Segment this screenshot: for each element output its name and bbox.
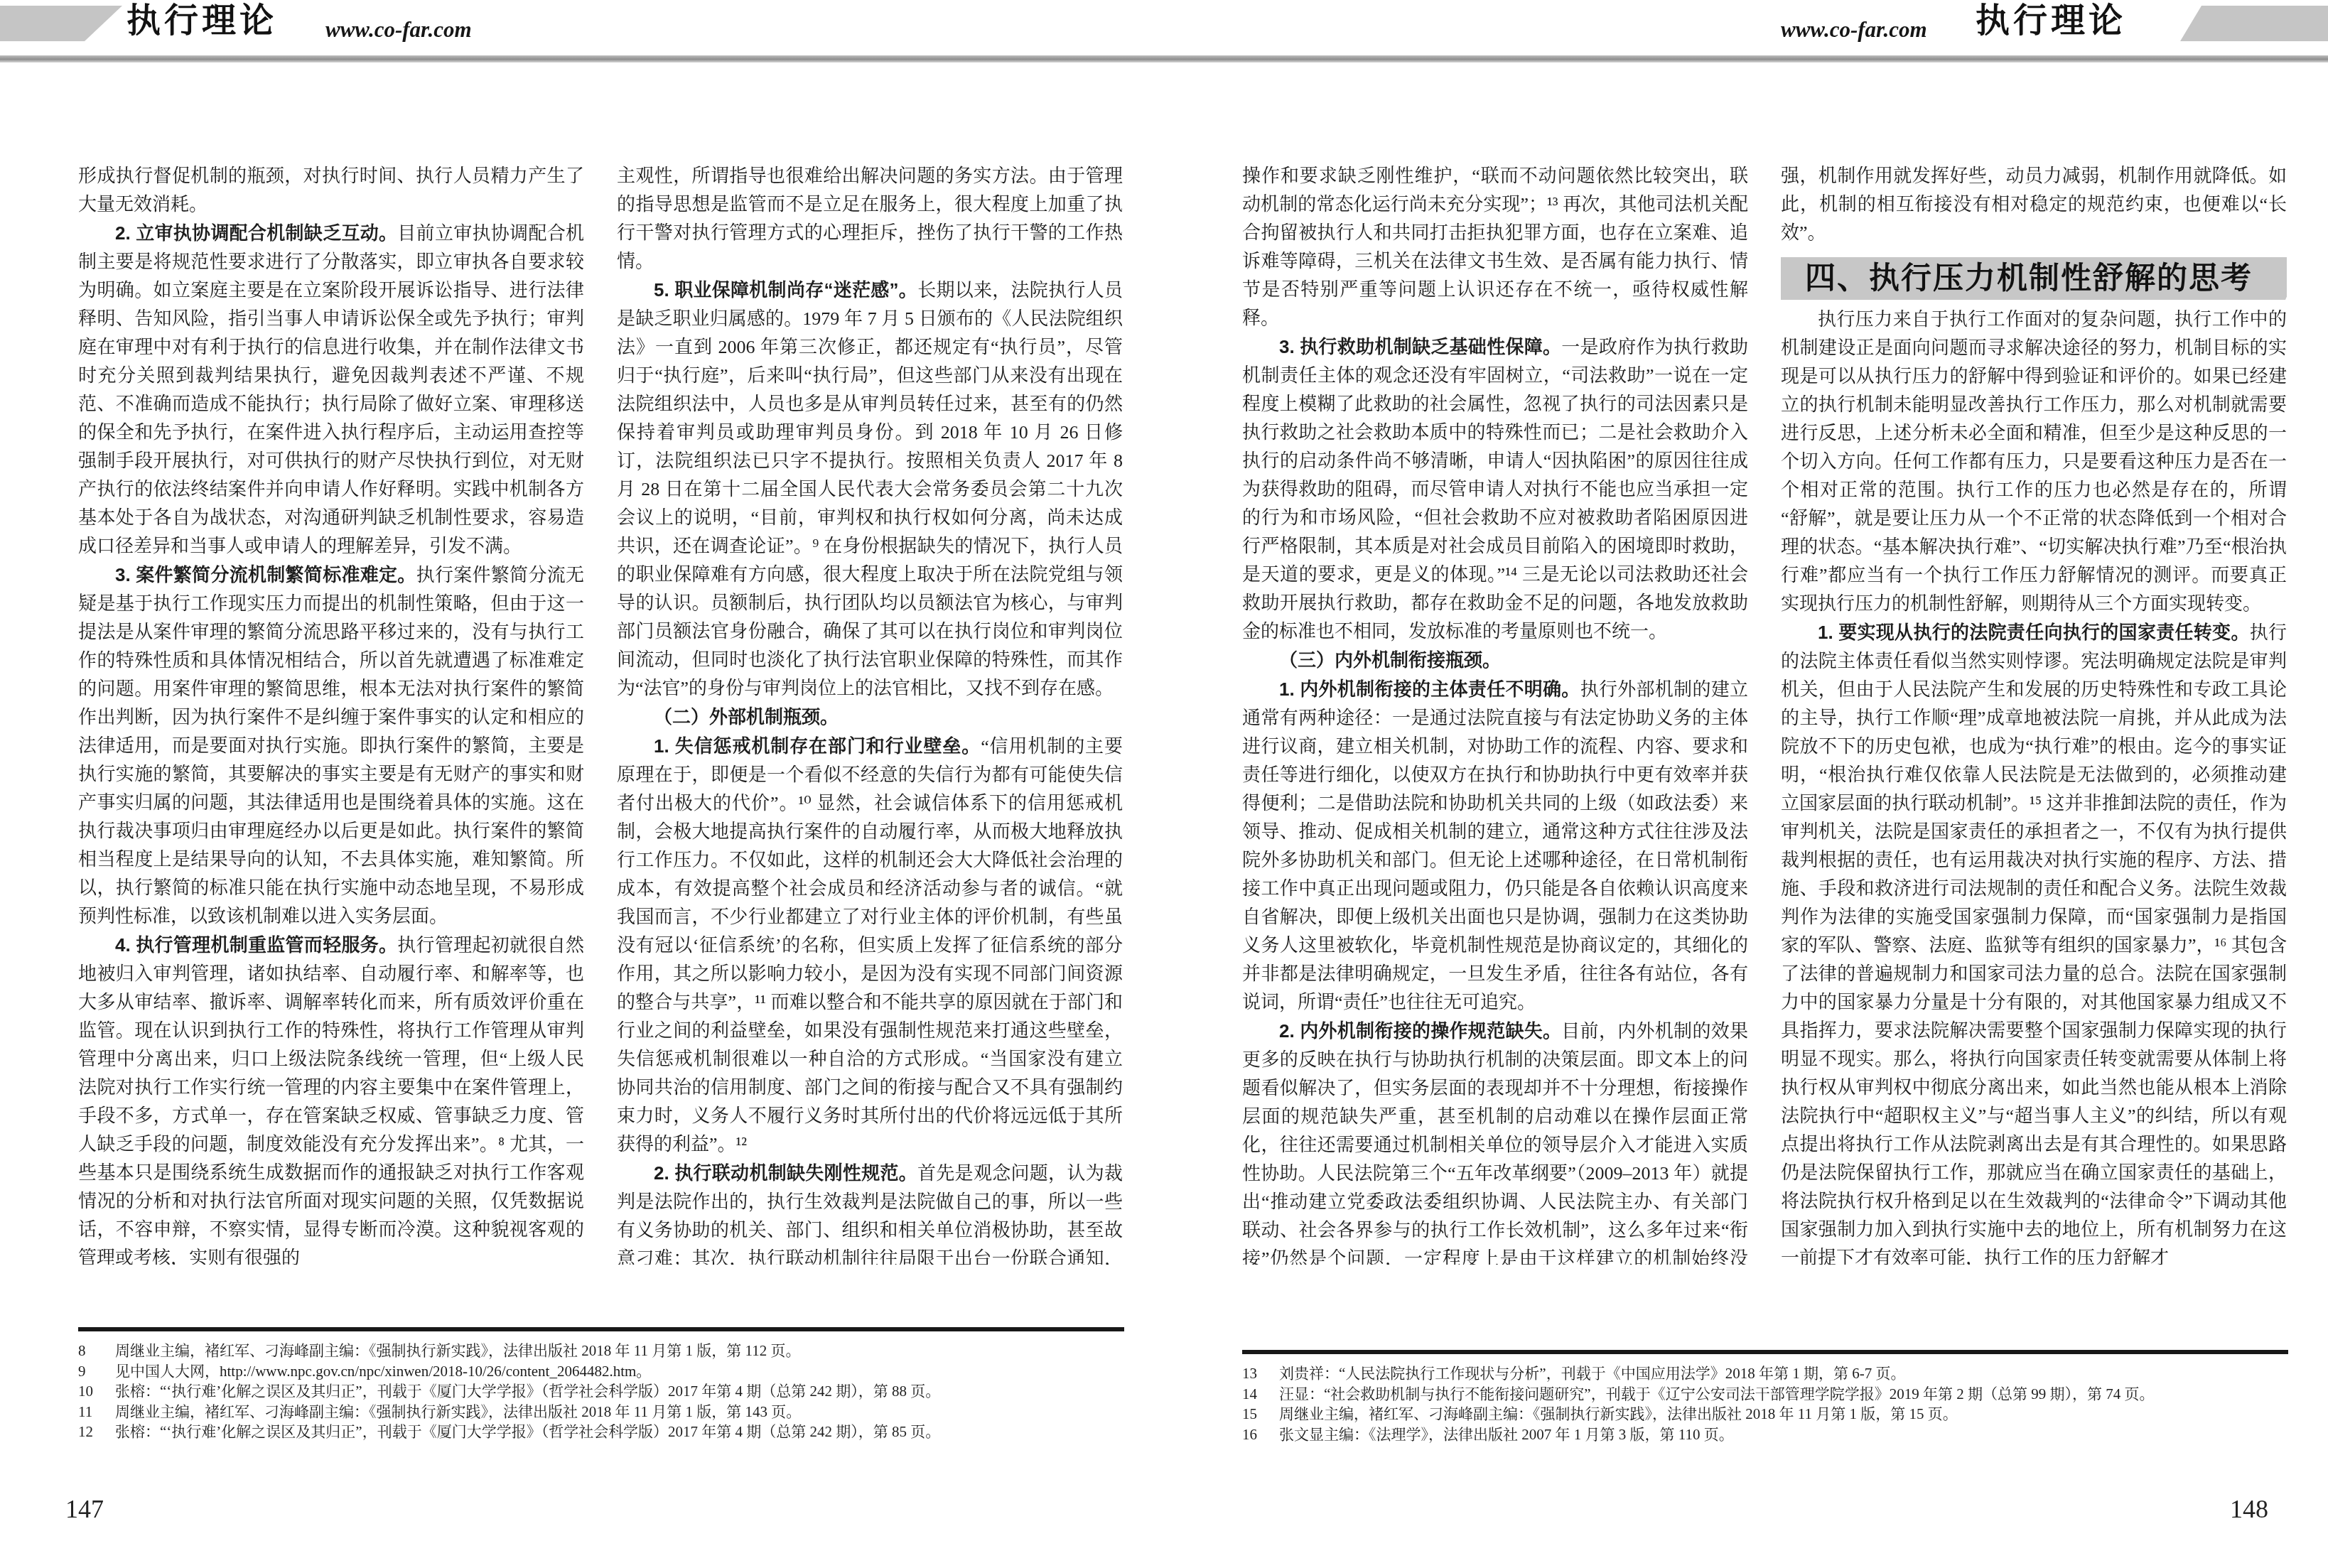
footnote: 11周继业主编，褚红军、刁海峰副主编：《强制执行新实践》，法律出版社 2018 …	[78, 1402, 1124, 1422]
body-paragraph: 操作和要求缺乏刚性维护，“联而不动问题依然比较突出，联动机制的常态化运行尚未充分…	[1242, 162, 1748, 332]
body-paragraph: 2. 内外机制衔接的操作规范缺失。目前，内外机制的效果更多的反映在执行与协助执行…	[1242, 1017, 1748, 1265]
paragraph-lead: （二）外部机制瓶颈。	[654, 706, 839, 728]
paragraph-lead: 1. 要实现从执行的法院责任向执行的国家责任转变。	[1818, 622, 2250, 643]
footnote-text: 汪显：“社会救助机制与执行不能衔接问题研究”，刊载于《辽宁公安司法干部管理学院学…	[1279, 1384, 2288, 1405]
footnote-divider	[78, 1327, 1124, 1331]
paragraph-lead: 3. 案件繁简分流机制繁简标准难定。	[115, 564, 416, 585]
paragraph-lead: 3. 执行救助机制缺乏基础性保障。	[1279, 336, 1561, 357]
footnote-text: 周继业主编，褚红军、刁海峰副主编：《强制执行新实践》，法律出版社 2018 年 …	[1279, 1404, 2288, 1424]
body-paragraph: 主观性，所谓指导也很难给出解决问题的务实方法。由于管理的指导思想是监管而不是立足…	[617, 162, 1123, 276]
footnote-text: 张榕：“‘执行难’化解之误区及其归正”，刊载于《厦门大学学报》（哲学社会科学版）…	[115, 1422, 1124, 1442]
body-paragraph: 强，机制作用就发挥好些，动员力减弱，机制作用就降低。如此，机制的相互衔接没有相对…	[1781, 162, 2287, 247]
footnote-text: 张文显主编：《法理学》，法律出版社 2007 年 1 月第 3 版，第 110 …	[1279, 1424, 2288, 1445]
footnote: 9见中国人大网，http://www.npc.gov.cn/npc/xinwen…	[78, 1361, 1124, 1382]
section-heading: 四、执行压力机制性舒解的思考	[1781, 257, 2287, 300]
footnote-number: 10	[78, 1381, 115, 1402]
body-paragraph: 2. 执行联动机制缺失刚性规范。首先是观念问题，认为裁判是法院作出的，执行生效裁…	[617, 1159, 1123, 1265]
footnote-text: 周继业主编，褚红军、刁海峰副主编：《强制执行新实践》，法律出版社 2018 年 …	[115, 1402, 1124, 1422]
body-paragraph: 3. 执行救助机制缺乏基础性保障。一是政府作为执行救助机制责任主体的观念还没有牢…	[1242, 332, 1748, 646]
text-column: 主观性，所谓指导也很难给出解决问题的务实方法。由于管理的指导思想是监管而不是立足…	[617, 162, 1123, 1265]
header-site-url: www.co-far.com	[325, 16, 472, 44]
text-column: 形成执行督促机制的瓶颈，对执行时间、执行人员精力产生了大量无效消耗。2. 立审执…	[78, 162, 584, 1265]
body-paragraph: 执行压力来自于执行工作面对的复杂问题，执行工作中的机制建设正是面向问题而寻求解决…	[1781, 306, 2287, 618]
text-column: 强，机制作用就发挥好些，动员力减弱，机制作用就降低。如此，机制的相互衔接没有相对…	[1781, 162, 2287, 1265]
paragraph-lead: 2. 内外机制衔接的操作规范缺失。	[1279, 1020, 1561, 1042]
footnote-text: 张榕：“‘执行难’化解之误区及其归正”，刊载于《厦门大学学报》（哲学社会科学版）…	[115, 1381, 1124, 1402]
footnotes-block: 13刘贵祥：“人民法院执行工作现状与分析”，刊载于《中国应用法学》2018 年第…	[1242, 1350, 2288, 1444]
body-paragraph: 形成执行督促机制的瓶颈，对执行时间、执行人员精力产生了大量无效消耗。	[78, 162, 584, 219]
page-number: 147	[65, 1495, 104, 1523]
body-paragraph: 5. 职业保障机制尚存“迷茫感”。长期以来，法院执行人员是缺乏职业归属感的。19…	[617, 276, 1123, 703]
header-site-url: www.co-far.com	[1781, 16, 1927, 44]
footnote: 8周继业主编，褚红军、刁海峰副主编：《强制执行新实践》，法律出版社 2018 年…	[78, 1341, 1124, 1361]
footnote-number: 9	[78, 1361, 115, 1382]
page-147: 执行理论www.co-far.com形成执行督促机制的瓶颈，对执行时间、执行人员…	[0, 0, 1164, 1568]
footnote: 16张文显主编：《法理学》，法律出版社 2007 年 1 月第 3 版，第 11…	[1242, 1424, 2288, 1445]
body-paragraph: 1. 要实现从执行的法院责任向执行的国家责任转变。执行的法院主体责任看似当然实则…	[1781, 618, 2287, 1265]
paragraph-lead: 2. 执行联动机制缺失刚性规范。	[654, 1162, 917, 1184]
footnote-number: 8	[78, 1341, 115, 1361]
page-148: www.co-far.com执行理论操作和要求缺乏刚性维护，“联而不动问题依然比…	[1164, 0, 2328, 1568]
footnote-number: 16	[1242, 1424, 1279, 1445]
footnote-number: 12	[78, 1422, 115, 1442]
footnote-number: 11	[78, 1402, 115, 1422]
footnote: 12张榕：“‘执行难’化解之误区及其归正”，刊载于《厦门大学学报》（哲学社会科学…	[78, 1422, 1124, 1442]
paragraph-lead: （三）内外机制衔接瓶颈。	[1279, 649, 1501, 671]
footnote: 13刘贵祥：“人民法院执行工作现状与分析”，刊载于《中国应用法学》2018 年第…	[1242, 1363, 2288, 1384]
paragraph-lead: 1. 内外机制衔接的主体责任不明确。	[1279, 678, 1580, 700]
body-paragraph: 1. 失信惩戒机制存在部门和行业壁垒。“信用机制的主要原理在于，即便是一个看似不…	[617, 732, 1123, 1159]
footnotes-block: 8周继业主编，褚红军、刁海峰副主编：《强制执行新实践》，法律出版社 2018 年…	[78, 1327, 1124, 1442]
paragraph-lead: 5. 职业保障机制尚存“迷茫感”。	[654, 279, 917, 301]
footnote-text: 见中国人大网，http://www.npc.gov.cn/npc/xinwen/…	[115, 1361, 1124, 1382]
body-paragraph: （三）内外机制衔接瓶颈。	[1242, 646, 1748, 675]
footnote: 14汪显：“社会救助机制与执行不能衔接问题研究”，刊载于《辽宁公安司法干部管理学…	[1242, 1384, 2288, 1405]
footnote: 10张榕：“‘执行难’化解之误区及其归正”，刊载于《厦门大学学报》（哲学社会科学…	[78, 1381, 1124, 1402]
header-ribbon	[0, 6, 122, 41]
footnote-number: 15	[1242, 1404, 1279, 1424]
body-paragraph: 1. 内外机制衔接的主体责任不明确。执行外部机制的建立通常有两种途径：一是通过法…	[1242, 675, 1748, 1017]
body-paragraph: （二）外部机制瓶颈。	[617, 703, 1123, 732]
footnote: 15周继业主编，褚红军、刁海峰副主编：《强制执行新实践》，法律出版社 2018 …	[1242, 1404, 2288, 1424]
header-ribbon	[2180, 6, 2328, 41]
paragraph-lead: 4. 执行管理机制重监管而轻服务。	[115, 934, 397, 956]
body-paragraph: 2. 立审执协调配合机制缺乏互动。目前立审执协调配合机制主要是将规范性要求进行了…	[78, 219, 584, 561]
header-section-title: 执行理论	[126, 1, 277, 41]
paragraph-lead: 2. 立审执协调配合机制缺乏互动。	[115, 222, 397, 244]
footnote-divider	[1242, 1350, 2288, 1354]
page-number: 148	[2230, 1495, 2268, 1523]
paragraph-lead: 1. 失信惩戒机制存在部门和行业壁垒。	[654, 735, 981, 757]
body-paragraph: 4. 执行管理机制重监管而轻服务。执行管理起初就很自然地被归入审判管理，诸如执结…	[78, 931, 584, 1265]
footnote-number: 13	[1242, 1363, 1279, 1384]
body-paragraph: 3. 案件繁简分流机制繁简标准难定。执行案件繁简分流无疑是基于执行工作现实压力而…	[78, 561, 584, 931]
text-column: 操作和要求缺乏刚性维护，“联而不动问题依然比较突出，联动机制的常态化运行尚未充分…	[1242, 162, 1748, 1265]
footnote-number: 14	[1242, 1384, 1279, 1405]
book-spread: 执行理论www.co-far.com形成执行督促机制的瓶颈，对执行时间、执行人员…	[0, 0, 2328, 1568]
footnote-text: 刘贵祥：“人民法院执行工作现状与分析”，刊载于《中国应用法学》2018 年第 1…	[1279, 1363, 2288, 1384]
footnote-text: 周继业主编，褚红军、刁海峰副主编：《强制执行新实践》，法律出版社 2018 年 …	[115, 1341, 1124, 1361]
header-section-title: 执行理论	[1976, 1, 2126, 41]
